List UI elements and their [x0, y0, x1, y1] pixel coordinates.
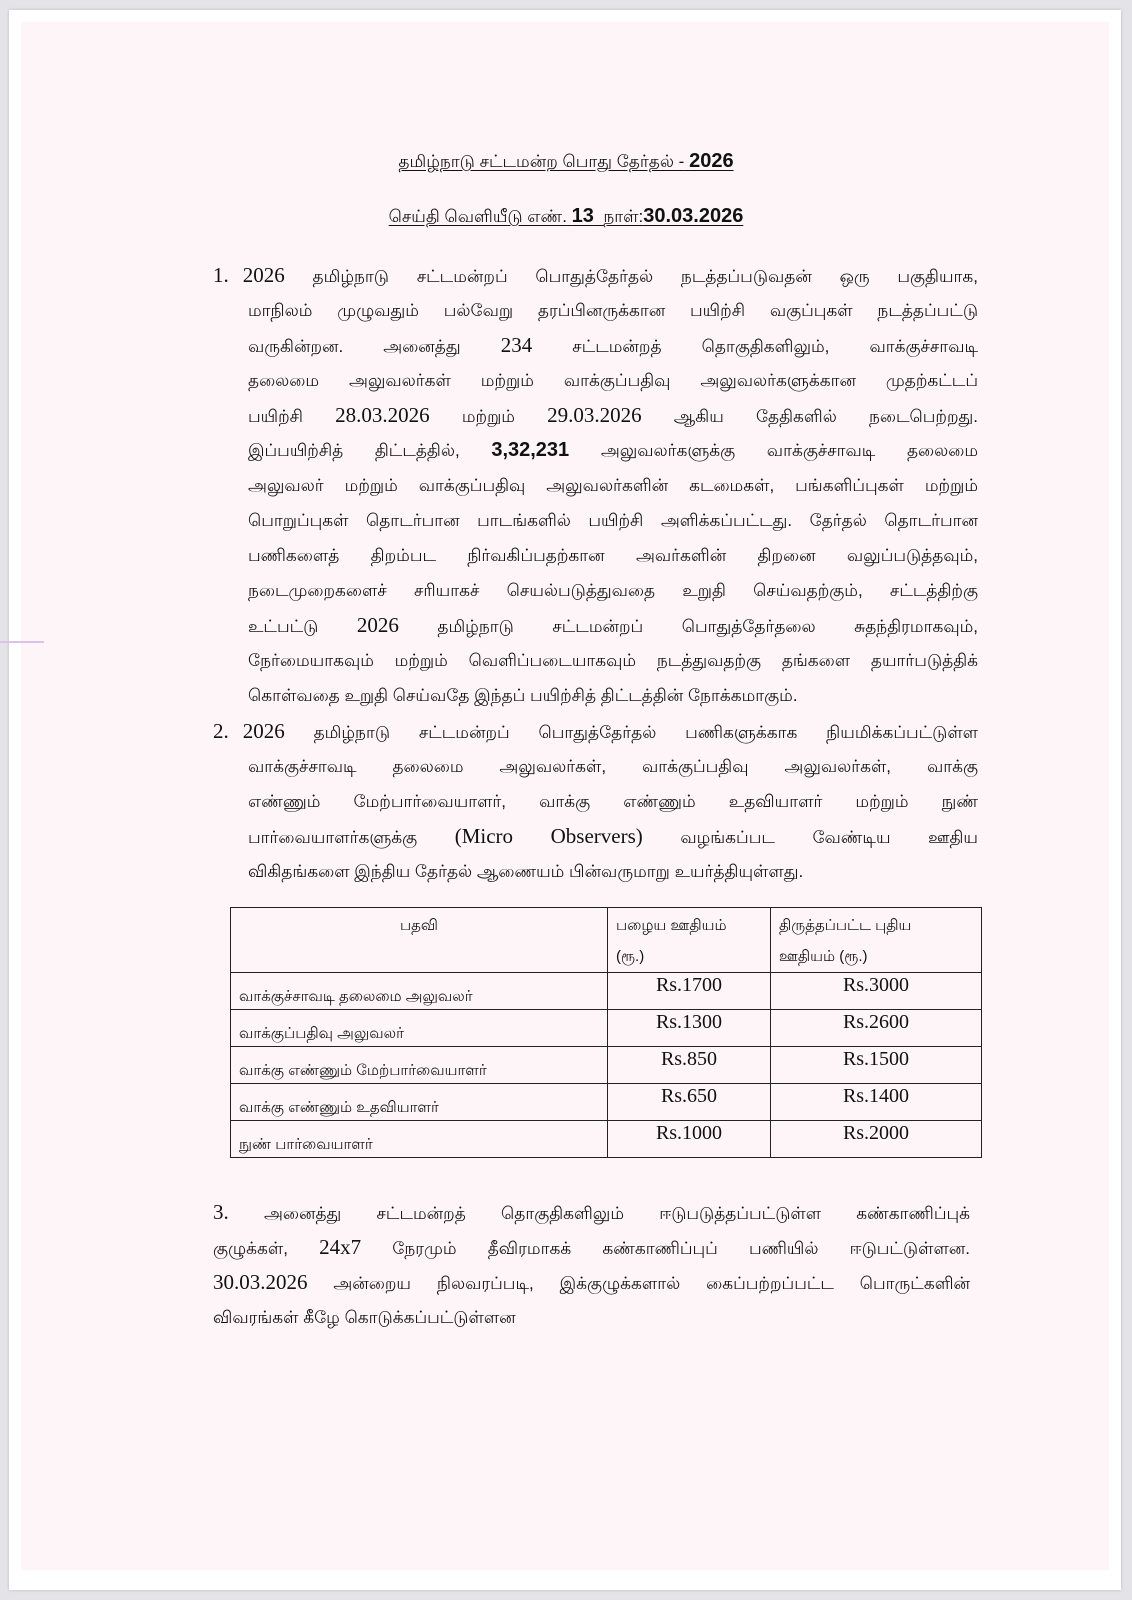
heading-text: தமிழ்நாடு சட்டமன்ற பொது தேர்தல் - [398, 152, 684, 171]
position-cell: வாக்கு எண்ணும் மேற்பார்வையாளர் [231, 1047, 608, 1084]
paragraph-line: பணிகளைத் திறம்பட நிர்வகிப்பதற்கான அவர்கள… [248, 538, 978, 573]
paragraph-line: பயிற்சி 28.03.2026 மற்றும் 29.03.2026 ஆக… [248, 398, 978, 433]
document-heading: தமிழ்நாடு சட்டமன்ற பொது தேர்தல் - 2026 [0, 150, 1132, 174]
new-pay-cell: Rs.2600 [771, 1010, 982, 1047]
release-date: 30.03.2026 [643, 205, 743, 227]
table-header-row: பதவி பழைய ஊதியம்(ரூ.) திருத்தப்பட்ட புதி… [231, 908, 982, 973]
date-label: நாள்: [603, 207, 643, 226]
paragraph-line: உட்பட்டு 2026 தமிழ்நாடு சட்டமன்றப் பொதுத… [248, 608, 978, 643]
position-cell: நுண் பார்வையாளர் [231, 1121, 608, 1158]
margin-mark [0, 641, 44, 643]
paragraph-line: எண்ணும் மேற்பார்வையாளர், வாக்கு எண்ணும் … [248, 784, 978, 819]
paragraph-line: விவரங்கள் கீழே கொடுக்கப்பட்டுள்ளன [213, 1300, 970, 1335]
paragraph-line: பார்வையாளர்களுக்கு (Micro Observers) வழங… [248, 819, 978, 854]
old-pay-cell: Rs.1700 [608, 973, 771, 1010]
new-pay-cell: Rs.2000 [771, 1121, 982, 1158]
paragraph-line: 2.2026 தமிழ்நாடு சட்டமன்றப் பொதுத்தேர்தல… [213, 714, 978, 749]
paragraph-line: நேர்மையாகவும் மற்றும் வெளிப்படையாகவும் ந… [248, 643, 978, 678]
old-pay-cell: Rs.1300 [608, 1010, 771, 1047]
paragraph-line: வாக்குச்சாவடி தலைமை அலுவலர்கள், வாக்குப்… [248, 749, 978, 784]
paragraph-line: பொறுப்புகள் தொடர்பான பாடங்களில் பயிற்சி … [248, 503, 978, 538]
paragraph-2: 2.2026 தமிழ்நாடு சட்டமன்றப் பொதுத்தேர்தல… [213, 714, 978, 889]
header-old-pay: பழைய ஊதியம்(ரூ.) [608, 908, 771, 973]
pay-rate-table: பதவி பழைய ஊதியம்(ரூ.) திருத்தப்பட்ட புதி… [230, 907, 982, 1158]
paragraph-line: 3. அனைத்து சட்டமன்றத் தொகுதிகளிலும் ஈடுப… [213, 1195, 970, 1230]
paragraph-line: 1.2026 தமிழ்நாடு சட்டமன்றப் பொதுத்தேர்தல… [213, 258, 978, 293]
new-pay-cell: Rs.3000 [771, 973, 982, 1010]
header-position: பதவி [231, 908, 608, 973]
old-pay-cell: Rs.1000 [608, 1121, 771, 1158]
paragraph-line: கொள்வதை உறுதி செய்வதே இந்தப் பயிற்சித் த… [248, 678, 978, 713]
paragraph-line: குழுக்கள், 24x7 நேரமும் தீவிரமாகக் கண்கா… [213, 1230, 970, 1265]
new-pay-cell: Rs.1500 [771, 1047, 982, 1084]
release-number: 13 [572, 205, 594, 227]
new-pay-cell: Rs.1400 [771, 1084, 982, 1121]
table-row: வாக்கு எண்ணும் மேற்பார்வையாளர்Rs.850Rs.1… [231, 1047, 982, 1084]
paragraph-number: 1. [213, 263, 229, 287]
paragraph-line: இப்பயிற்சித் திட்டத்தில், 3,32,231 அலுவல… [248, 433, 978, 468]
paragraph-line: அலுவலர் மற்றும் வாக்குப்பதிவு அலுவலர்களி… [248, 468, 978, 503]
paragraph-line: தலைமை அலுவலர்கள் மற்றும் வாக்குப்பதிவு அ… [248, 363, 978, 398]
table-row: வாக்குப்பதிவு அலுவலர்Rs.1300Rs.2600 [231, 1010, 982, 1047]
heading-year: 2026 [689, 150, 734, 172]
table-row: வாக்கு எண்ணும் உதவியாளர்Rs.650Rs.1400 [231, 1084, 982, 1121]
paragraph-3: 3. அனைத்து சட்டமன்றத் தொகுதிகளிலும் ஈடுப… [213, 1195, 970, 1335]
table-row: நுண் பார்வையாளர்Rs.1000Rs.2000 [231, 1121, 982, 1158]
paragraph-line: மாநிலம் முழுவதும் பல்வேறு தரப்பினருக்கான… [248, 293, 978, 328]
header-old-pay-line2: (ரூ.) [616, 948, 644, 965]
paragraph-line: நடைமுறைகளைச் சரியாகச் செயல்படுத்துவதை உற… [248, 573, 978, 608]
header-old-pay-line1: பழைய ஊதியம் [616, 917, 727, 934]
position-cell: வாக்குச்சாவடி தலைமை அலுவலர் [231, 973, 608, 1010]
old-pay-cell: Rs.850 [608, 1047, 771, 1084]
release-label: செய்தி வெளியீடு எண். [389, 207, 567, 226]
old-pay-cell: Rs.650 [608, 1084, 771, 1121]
paragraph-number: 2. [213, 719, 229, 743]
header-new-pay: திருத்தப்பட்ட புதியஊதியம் (ரூ.) [771, 908, 982, 973]
paragraph-line: விகிதங்களை இந்திய தேர்தல் ஆணையம் பின்வரு… [248, 854, 978, 889]
position-cell: வாக்குப்பதிவு அலுவலர் [231, 1010, 608, 1047]
header-new-pay-line2: ஊதியம் (ரூ.) [779, 948, 868, 965]
paragraph-1: 1.2026 தமிழ்நாடு சட்டமன்றப் பொதுத்தேர்தல… [213, 258, 978, 713]
header-new-pay-line1: திருத்தப்பட்ட புதிய [779, 917, 911, 934]
table-row: வாக்குச்சாவடி தலைமை அலுவலர்Rs.1700Rs.300… [231, 973, 982, 1010]
paragraph-line: 30.03.2026 அன்றைய நிலவரப்படி, இக்குழுக்க… [213, 1265, 970, 1300]
paragraph-line: வருகின்றன. அனைத்து 234 சட்டமன்றத் தொகுதி… [248, 328, 978, 363]
press-release-line: செய்தி வெளியீடு எண். 13 நாள்:30.03.2026 [0, 205, 1132, 229]
position-cell: வாக்கு எண்ணும் உதவியாளர் [231, 1084, 608, 1121]
